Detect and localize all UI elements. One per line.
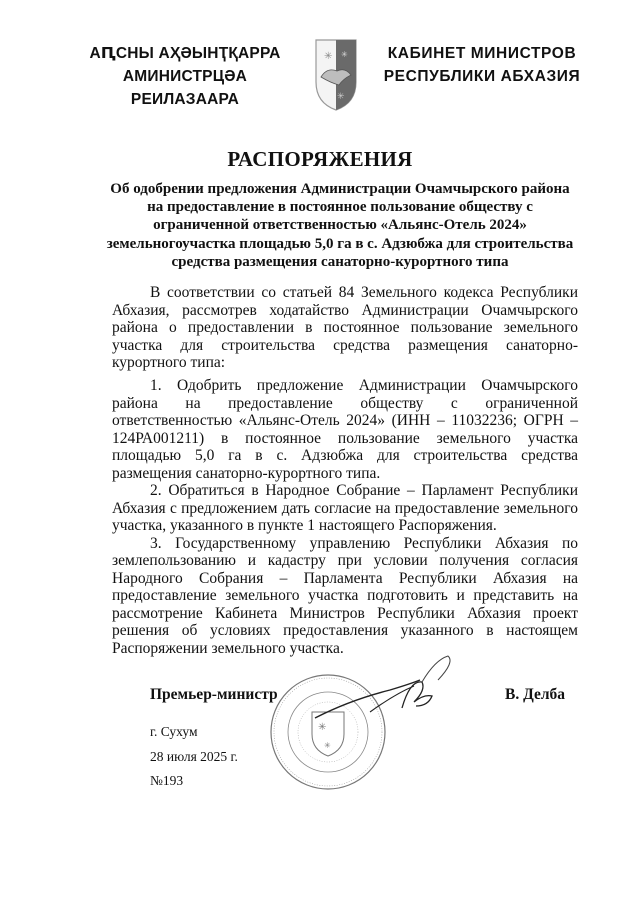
svg-text:✳: ✳ (337, 91, 345, 101)
header-abkhaz-line1: АԤСНЫ АҲӘЫНҬҚАРРА (70, 42, 300, 65)
items-list: 1. Одобрить предложение Администрации Оч… (112, 377, 578, 657)
header-abkhaz: АԤСНЫ АҲӘЫНҬҚАРРА АМИНИСТРЦӘА РЕИЛАЗААРА (70, 42, 300, 111)
svg-text:✳: ✳ (324, 741, 331, 750)
document-title: РАСПОРЯЖЕНИЯ (0, 147, 640, 172)
item-3: 3. Государственному управлению Республик… (112, 535, 578, 658)
city: г. Сухум (150, 724, 198, 740)
header-russian-line1: КАБИНЕТ МИНИСТРОВ (372, 42, 592, 65)
header-russian-line2: РЕСПУБЛИКИ АБХАЗИЯ (372, 65, 592, 88)
signature-scribble-icon (310, 650, 460, 730)
item-1: 1. Одобрить предложение Администрации Оч… (112, 377, 578, 482)
document-subject: Об одобрении предложения Администрации О… (105, 180, 575, 271)
svg-text:✳: ✳ (324, 51, 332, 62)
svg-text:✳: ✳ (341, 50, 348, 59)
header-russian: КАБИНЕТ МИНИСТРОВ РЕСПУБЛИКИ АБХАЗИЯ (372, 42, 592, 88)
document-number: №193 (150, 773, 183, 789)
preamble: В соответствии со статьей 84 Земельного … (112, 284, 578, 372)
preamble-text: В соответствии со статьей 84 Земельного … (112, 284, 578, 372)
signatory-name: В. Делба (505, 686, 565, 704)
coat-of-arms-icon: ✳ ✳ ✳ (313, 37, 359, 112)
date: 28 июля 2025 г. (150, 749, 238, 765)
signatory-position: Премьер-министр (150, 686, 278, 704)
header-abkhaz-line2: АМИНИСТРЦӘА РЕИЛАЗААРА (70, 65, 300, 111)
item-2: 2. Обратиться в Народное Собрание – Парл… (112, 482, 578, 535)
